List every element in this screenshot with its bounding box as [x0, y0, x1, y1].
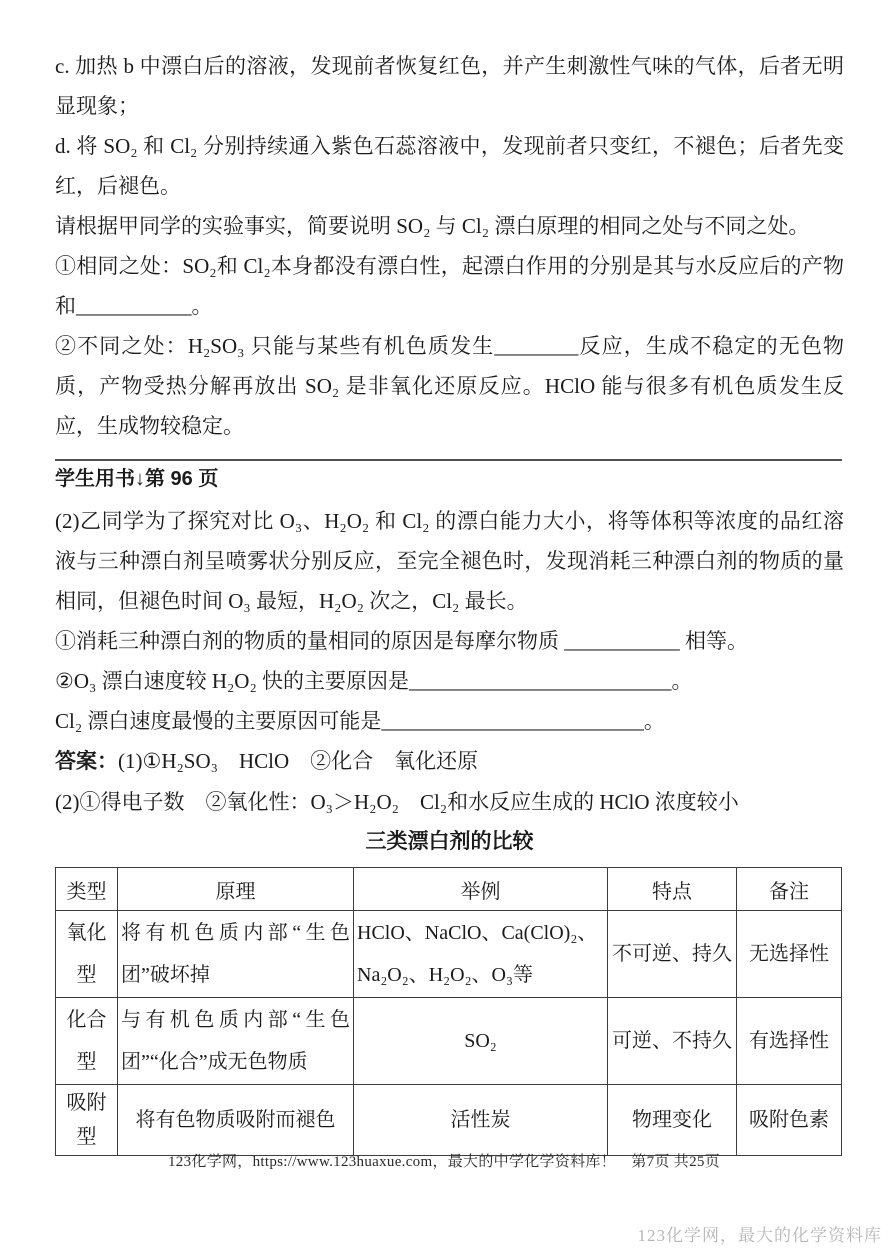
cell-note: 无选择性 — [737, 911, 842, 998]
paragraph-observation-c: c. 加热 b 中漂白后的溶液，发现前者恢复红色，并产生刺激性气味的气体，后者无… — [55, 46, 844, 126]
paragraph-same-point: ①相同之处：SO₂和 Cl₂本身都没有漂白性，起漂白作用的分别是其与水反应后的产… — [55, 246, 844, 326]
table-row: 氧化型 将有机色质内部“生色团”破坏掉 HClO、NaClO、Ca(ClO)₂、… — [56, 911, 842, 998]
table-title: 三类漂白剂的比较 — [55, 822, 844, 862]
paragraph-part2-q3: Cl₂ 漂白速度最慢的主要原因可能是______________________… — [55, 701, 844, 741]
answer-line-1: 答案：(1)①H₂SO₃ HClO ②化合 氧化还原 — [55, 741, 844, 782]
paragraph-part2-q2: ②O₃ 漂白速度较 H₂O₂ 快的主要原因是__________________… — [55, 661, 844, 701]
cell-type: 化合型 — [56, 998, 118, 1085]
page-footer: 123化学网，https://www.123huaxue.com，最大的中学化学… — [0, 1150, 888, 1171]
answer-line1-text: (1)①H₂SO₃ HClO ②化合 氧化还原 — [118, 749, 478, 773]
cell-examples: 活性炭 — [354, 1085, 608, 1156]
answer-label: 答案： — [55, 750, 118, 773]
cell-principle: 将有机色质内部“生色团”破坏掉 — [118, 911, 354, 998]
answer-line-2: (2)①得电子数 ②氧化性：O₃＞H₂O₂ Cl₂和水反应生成的 HClO 浓度… — [55, 782, 844, 822]
cell-feature: 物理变化 — [608, 1085, 737, 1156]
paragraph-observation-d: d. 将 SO₂ 和 Cl₂ 分别持续通入紫色石蕊溶液中，发现前者只变红，不褪色… — [55, 126, 844, 206]
section-divider-rule — [55, 459, 842, 461]
paragraph-part2-q1: ①消耗三种漂白剂的物质的量相同的原因是每摩尔物质 ___________ 相等。 — [55, 621, 844, 661]
cell-examples: SO₂ — [354, 998, 608, 1085]
cell-feature: 可逆、不持久 — [608, 998, 737, 1085]
cell-type: 吸附型 — [56, 1085, 118, 1156]
paragraph-diff-point: ②不同之处：H₂SO₃ 只能与某些有机色质发生________反应，生成不稳定的… — [55, 326, 844, 446]
column-header-feature: 特点 — [608, 868, 737, 911]
cell-type: 氧化型 — [56, 911, 118, 998]
cell-principle: 与有机色质内部“生色团”“化合”成无色物质 — [118, 998, 354, 1085]
column-header-note: 备注 — [737, 868, 842, 911]
table-row: 化合型 与有机色质内部“生色团”“化合”成无色物质 SO₂ 可逆、不持久 有选择… — [56, 998, 842, 1085]
document-page: c. 加热 b 中漂白后的溶液，发现前者恢复红色，并产生刺激性气味的气体，后者无… — [0, 0, 888, 1255]
watermark: 123化学网，最大的化学资料库 — [638, 1221, 883, 1246]
cell-note: 有选择性 — [737, 998, 842, 1085]
bleach-comparison-table: 类型 原理 举例 特点 备注 氧化型 将有机色质内部“生色团”破坏掉 HClO、… — [55, 867, 842, 1156]
column-header-principle: 原理 — [118, 868, 354, 911]
paragraph-question-intro: 请根据甲同学的实验事实，简要说明 SO₂ 与 Cl₂ 漂白原理的相同之处与不同之… — [55, 206, 844, 246]
paragraph-part2-intro: (2)乙同学为了探究对比 O₃、H₂O₂ 和 Cl₂ 的漂白能力大小，将等体积等… — [55, 501, 844, 621]
column-header-type: 类型 — [56, 868, 118, 911]
cell-examples: HClO、NaClO、Ca(ClO)₂、Na₂O₂、H₂O₂、O₃等 — [354, 911, 608, 998]
table-row: 吸附型 将有色物质吸附而褪色 活性炭 物理变化 吸附色素 — [56, 1085, 842, 1156]
cell-feature: 不可逆、持久 — [608, 911, 737, 998]
table-header-row: 类型 原理 举例 特点 备注 — [56, 868, 842, 911]
student-book-page-marker: 学生用书↓第 96 页 — [55, 463, 844, 496]
cell-principle: 将有色物质吸附而褪色 — [118, 1085, 354, 1156]
column-header-examples: 举例 — [354, 868, 608, 911]
cell-note: 吸附色素 — [737, 1085, 842, 1156]
